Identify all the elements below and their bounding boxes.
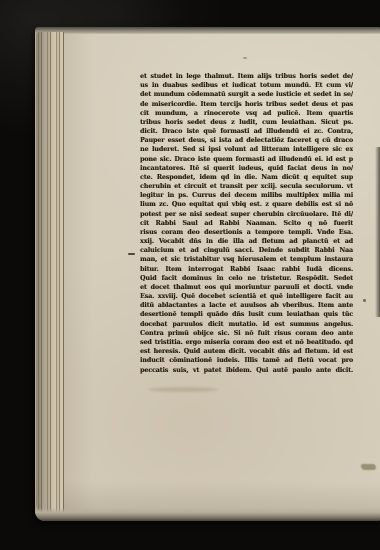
text-line: Pauper esset deus, si ista ad delectatiō… (140, 136, 353, 145)
text-line: cit Rabbi Saul ad Rabbi Naaman. Scito q … (140, 219, 353, 228)
page-edge-bottom (35, 508, 380, 521)
text-line: us in duabus sedibus et iudicat totum mu… (140, 81, 353, 90)
text-line: incantatores. Itē si querit iudeus, quid… (140, 164, 353, 173)
text-line: Contra primū obijce sic. Si nō fuit risu… (140, 329, 353, 338)
text-line: caluicium et ad cingulū sacci. Deinde su… (140, 246, 353, 255)
text-line: de misericordie. Item tercijs horis trib… (140, 100, 353, 109)
text-line: cte. Respondet, idem qd in die. Nam dicū… (140, 173, 353, 182)
text-line: dicit. Draco iste quē formasti ad illude… (140, 127, 353, 136)
text-line: det mundum cōdemnatū surgit a sede iusti… (140, 90, 353, 99)
text-line: ne luderet. Sed si ipsi volunt ad litter… (140, 145, 353, 154)
ink-speck (363, 299, 366, 302)
text-line: docebat paruulos dicit mutatio. id est s… (140, 320, 353, 329)
page-stack-edges (36, 32, 64, 513)
text-line: et docet thalmut eos qui moriuntur paruu… (140, 283, 353, 292)
ink-smudge (148, 387, 218, 392)
text-line: Quid facit dominus in celo ne tristetur.… (140, 274, 353, 283)
text-block: et studet in lege thalmut. Item alijs tr… (140, 72, 353, 377)
text-line: et studet in lege thalmut. Item alijs tr… (140, 72, 353, 81)
text-line: est heresis. Quid autem dicit. vocabit d… (140, 347, 353, 356)
book-page: et studet in lege thalmut. Item alijs tr… (35, 27, 380, 521)
text-line: cit mundum, a rinocerote vsq ad pulicē. … (140, 109, 353, 118)
text-line: ditū ablactantes a lacte et auulsos ab v… (140, 301, 353, 310)
text-line: peccatis suis, vt patet ibidem. Qui autē… (140, 366, 353, 375)
page-edge-top (35, 27, 380, 34)
stain-bottom-right (361, 464, 376, 470)
text-line: lium zc. Quo equitat qui vbiq est. z qua… (140, 200, 353, 209)
text-line: risus coram deo desertionis a tempore te… (140, 228, 353, 237)
text-line: xxij. Vocabit dñs in die illa ad fletum … (140, 237, 353, 246)
paper-fleck (243, 57, 247, 59)
text-line: desertionē templi quādo dñs lusit cum le… (140, 310, 353, 319)
text-line: bitur. Item interrogat Rabbi Isaac rabbi… (140, 265, 353, 274)
photo-backdrop: et studet in lege thalmut. Item alijs tr… (0, 0, 380, 550)
text-line: cherubin et circuit et transit per xciij… (140, 182, 353, 191)
margin-mark (128, 253, 135, 255)
text-line: potest per se nisi sedeat super cherubin… (140, 210, 353, 219)
text-line: pone sic. Draco iste quem formasti ad il… (140, 155, 353, 164)
text-line: Esa. xxviij. Quē docebet scientiā et quē… (140, 292, 353, 301)
text-line: man, et sic tristabitur vsq hierusalem e… (140, 255, 353, 264)
text-line: inducit cōminationē iudeis. Illis tamē a… (140, 356, 353, 365)
text-line: sed tristitia. ergo miseria coram deo es… (140, 338, 353, 347)
text-line: legitur in ps. Currus dei decem milibs m… (140, 191, 353, 200)
page-right-shadow (375, 147, 380, 317)
text-line: tribus horis sedet deus z ludit, cum leu… (140, 118, 353, 127)
